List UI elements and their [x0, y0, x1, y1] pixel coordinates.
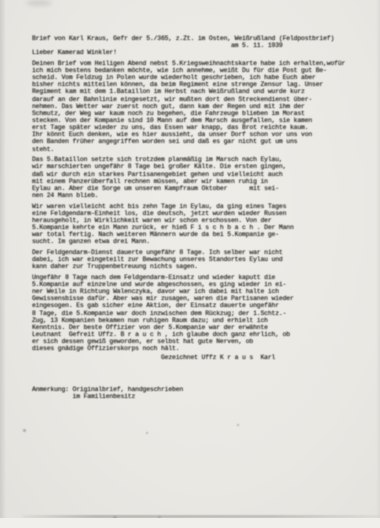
letter-line: Anmerkung: Originalbrief, handgeschriebe… — [32, 386, 362, 393]
letter-line: wir marschierten ungefähr 8 Tage bei gro… — [32, 163, 362, 170]
letter-line: Kenntnis. Der beste Offizier von der 5.K… — [32, 324, 362, 331]
letter-line: Wir waren vielleicht acht bis zehn Tage … — [32, 203, 362, 210]
page-right-edge — [376, 0, 380, 528]
letter-line: darauf an der Bahnlinie eingesetzt, wir … — [32, 96, 362, 103]
letter-line: sucht. Im ganzen etwa drei Mann. — [32, 238, 362, 245]
letter-line: im Familienbesitz — [32, 393, 362, 400]
letter-line: mit einem Panzerüberfall rechnen müssen,… — [32, 178, 362, 185]
paper-speck — [146, 432, 148, 434]
letter-line: dieses gnädige Offizierskorps noch hält. — [32, 345, 362, 352]
letter-line: Regiment kam mit dem 1.Bataillon im Herb… — [32, 88, 362, 95]
scan-bottom-strip — [0, 518, 380, 528]
letter-line: Schmutz, der Weg war kaum noch zu begehe… — [32, 110, 362, 117]
letter-line: 8 Tage, die 5.Kompanie war doch inzwisch… — [32, 310, 362, 317]
letter-line: Ungefähr 8 Tage nach dem Feldgendarm-Ein… — [32, 274, 362, 281]
letter-line: Zug, 13 Kompanien bekamen nun ruhigen Ra… — [32, 317, 362, 324]
letter-line: Der Feldgendarm-Dienst dauerte ungefähr … — [32, 249, 362, 256]
letter-line: steht. — [32, 146, 362, 153]
paper-speck — [237, 424, 239, 426]
paper-speck — [23, 429, 26, 432]
letter-line: kann daher zur Truppenbetreuung nichts s… — [32, 263, 362, 270]
letter-line: daß wir durch ein starkes Partisanengebi… — [32, 171, 362, 178]
letter-line: Deinen Brief vom Heiligen Abend nebst 5.… — [32, 60, 362, 67]
letter-line: eine Feldgendarm-Einheit los, die deutsc… — [32, 210, 362, 217]
letter-line: Gezeichnet Uffz K r a u s Karl — [32, 354, 362, 361]
letter-line: nehmen. Das Wetter war zuerst noch gut, … — [32, 103, 362, 110]
page-left-edge — [0, 0, 6, 528]
letter-text: Brief von Karl Kraus, Gefr der 5./365, z… — [32, 35, 362, 400]
letter-line: herausgeholt, in Wirklichkeit waren wir … — [32, 217, 362, 224]
letter-line: nen 24 Mann blieb. — [32, 192, 362, 199]
letter-line: Eylau an. Aber die Sorge um unseren Kamp… — [32, 185, 362, 192]
letter-line: Lieber Kamerad Winkler! — [32, 49, 362, 56]
letter-line: eingesogen. Es gab sicher eine Aktion, d… — [32, 302, 362, 309]
top-smudge-mark — [26, 0, 52, 6]
letter-line: den Banden früher angegriffen worden sei… — [32, 138, 362, 145]
paragraph-gap — [32, 362, 362, 386]
scanned-letter-page: Brief von Karl Kraus, Gefr der 5./365, z… — [0, 0, 380, 528]
